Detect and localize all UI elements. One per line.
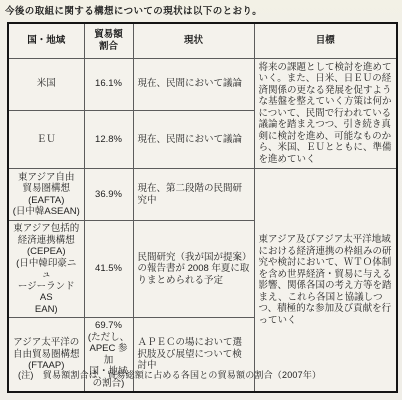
region-cell-eu: ＥＵ [8,110,84,168]
table-row-eafta: 東アジア自由 貿易圏構想 (EAFTA) (日中韓ASEAN) 36.9% 現在… [8,169,397,221]
goal-cell-asia-pacific: 東アジア及びアジア太平洋地域における経済連携の枠組みの研究や検討において、ＷＴＯ… [254,169,397,393]
header-trade-share: 貿易額 割合 [84,23,133,58]
trade-initiatives-table: 国・地域 貿易額 割合 現状 目標 米国 16.1% 現在、民間において議論 将… [7,22,398,393]
share-cell-usa: 16.1% [84,58,133,110]
region-cell-eafta: 東アジア自由 貿易圏構想 (EAFTA) (日中韓ASEAN) [8,169,84,221]
table-header-row: 国・地域 貿易額 割合 現状 目標 [8,23,397,58]
goal-cell-usa-eu: 将来の課題として検討を進めていく。また、日米、日ＥＵの経済関係の更なる発展を促す… [254,58,397,169]
region-cell-cepea: 東アジア包括的 経済連携構想 (CEPEA) (日中韓印豪ニュ ージーランドAS… [8,221,84,318]
share-cell-eafta: 36.9% [84,169,133,221]
share-cell-eu: 12.8% [84,110,133,168]
status-cell-eu: 現在、民間において議論 [133,110,254,168]
status-cell-usa: 現在、民間において議論 [133,58,254,110]
page-title: 今後の取組に関する構想についての現状は以下のとおり。 [5,3,262,17]
header-goal: 目標 [254,23,397,58]
region-cell-usa: 米国 [8,58,84,110]
header-region: 国・地域 [8,23,84,58]
header-status: 現状 [133,23,254,58]
share-cell-cepea: 41.5% [84,221,133,318]
status-cell-eafta: 現在、第二段階の民間研究中 [133,169,254,221]
table-row-usa: 米国 16.1% 現在、民間において議論 将来の課題として検討を進めていく。また… [8,58,397,110]
footnote: (注) 貿易額割合は、貿易総額に占める各国との貿易額の割合（2007年） [18,368,321,381]
status-cell-cepea: 民間研究（我が国が提案）の報告書が 2008 年夏に取りまとめられる予定 [133,221,254,318]
